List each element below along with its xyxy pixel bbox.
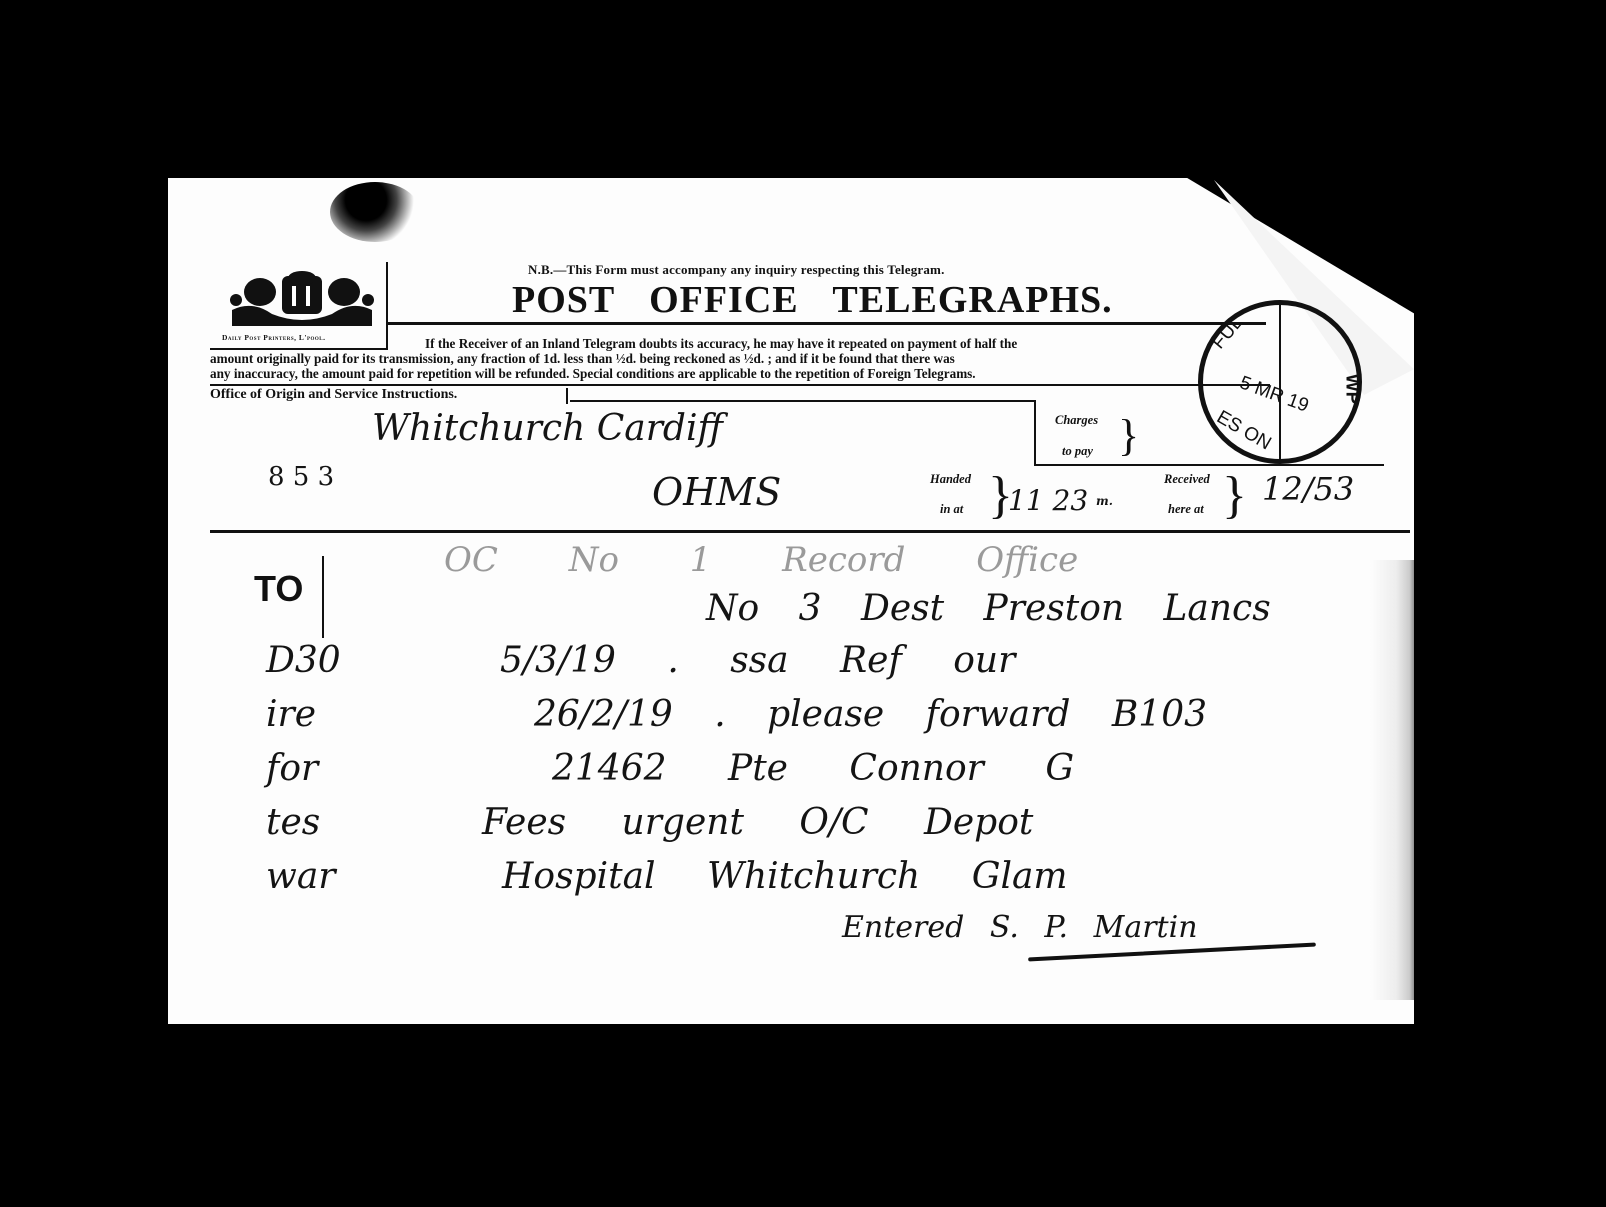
line-text: Fees urgent O/C Depot <box>482 802 1033 843</box>
message-line: for 21462 Pte Connor G <box>266 748 1396 802</box>
header-bottom-rule <box>210 530 1410 533</box>
to-pay-label: to pay <box>1062 444 1093 459</box>
margin-text: tes <box>266 802 320 843</box>
here-at-label: here at <box>1168 502 1204 517</box>
royal-coat-of-arms-icon <box>222 270 382 332</box>
handwritten-signature: Entered S. P. Martin <box>842 910 1198 945</box>
notice-line-2: amount originally paid for its transmiss… <box>210 351 955 367</box>
notice-rule <box>210 384 1270 386</box>
line-text: Hospital Whitchurch Glam <box>502 856 1068 897</box>
margin-text: for <box>266 748 318 789</box>
ink-smudge <box>330 182 420 242</box>
printer-credit: Daily Post Printers, L'pool. <box>222 333 326 342</box>
charges-box-left <box>1034 400 1036 466</box>
message-line: war Hospital Whitchurch Glam <box>266 856 1396 910</box>
handed-label: Handed <box>930 472 971 487</box>
title-rule <box>386 322 1266 325</box>
handwritten-to-faint: OC No 1 Record Office <box>444 540 1078 580</box>
message-line: D30 5/3/19 . ssa Ref our <box>266 640 1396 694</box>
received-brace: } <box>1222 466 1247 525</box>
stamp-divider <box>1279 305 1281 459</box>
line-text: 26/2/19 . please forward B103 <box>534 694 1207 735</box>
notice-line-1: If the Receiver of an Inland Telegram do… <box>425 336 1017 352</box>
handwritten-office-origin: Whitchurch Cardiff <box>372 408 723 449</box>
message-body: D30 5/3/19 . ssa Ref our ire 26/2/19 . p… <box>266 640 1396 910</box>
charges-box-bottom <box>1034 464 1384 466</box>
message-line: tes Fees urgent O/C Depot <box>266 802 1396 856</box>
handwritten-handed-suffix: m. <box>1096 494 1113 508</box>
handwritten-received-time: 12/53 <box>1262 470 1354 508</box>
notice-line-3: any inaccuracy, the amount paid for repe… <box>210 366 976 382</box>
line-text: 21462 Pte Connor G <box>552 748 1074 789</box>
handwritten-word-count: 8 5 3 <box>268 462 334 492</box>
to-bar <box>322 556 324 638</box>
line-text: 5/3/19 . ssa Ref our <box>500 640 1015 681</box>
received-label: Received <box>1164 472 1210 487</box>
office-label-bar <box>566 388 568 404</box>
handwritten-handed-time: 11 23 <box>1008 484 1088 517</box>
handwritten-service: OHMS <box>652 470 781 514</box>
office-rule <box>570 400 1036 402</box>
charges-brace: } <box>1118 410 1139 461</box>
charges-label: Charges <box>1055 413 1098 428</box>
margin-text: D30 <box>266 640 341 681</box>
margin-text: ire <box>266 694 316 735</box>
stamp-side-text: WP <box>1340 374 1362 405</box>
to-label: TO <box>254 568 303 610</box>
office-of-origin-label: Office of Origin and Service Instruction… <box>210 387 457 403</box>
handwritten-to-line: No 3 Dest Preston Lancs <box>706 588 1271 629</box>
message-line: ire 26/2/19 . please forward B103 <box>266 694 1396 748</box>
margin-text: war <box>266 856 336 897</box>
nb-notice: N.B.—This Form must accompany any inquir… <box>528 262 945 278</box>
form-title: POST OFFICE TELEGRAPHS. <box>512 278 1113 322</box>
in-at-label: in at <box>940 502 963 517</box>
